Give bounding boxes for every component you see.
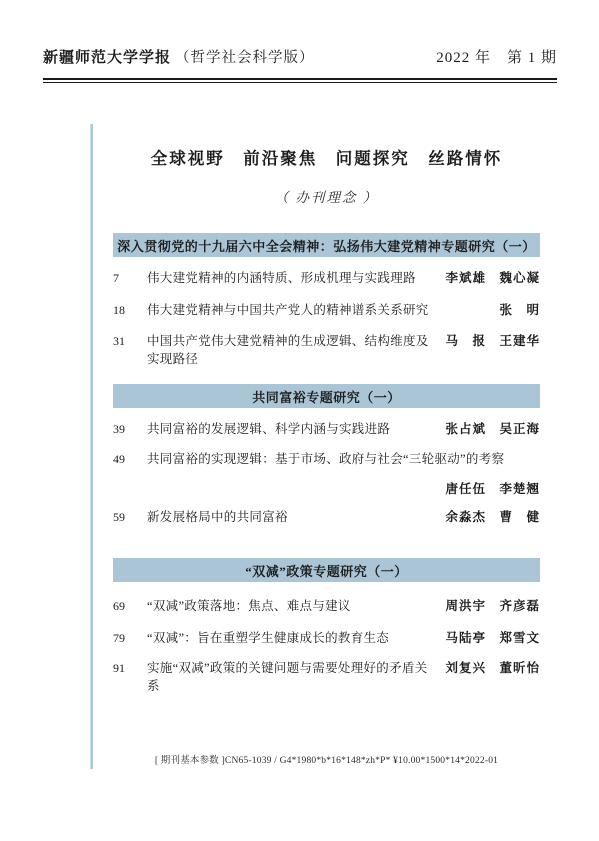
article-title: 实施“双减”政策的关键问题与需要处理好的矛盾关系 bbox=[147, 658, 437, 694]
article-authors: 张占斌 吴正海 bbox=[445, 419, 540, 437]
article-title: 共同富裕的实现逻辑：基于市场、政府与社会“三轮驱动”的考察 bbox=[147, 449, 540, 467]
toc-row: 59 新发展格局中的共同富裕 余淼杰 曹 健 bbox=[113, 507, 540, 525]
article-authors: 周洪宇 齐彦磊 bbox=[445, 596, 540, 614]
journal-edition: （哲学社会科学版） bbox=[175, 50, 315, 66]
article-authors: 唐任伍 李楚翘 bbox=[445, 479, 540, 497]
toc-row-authors-continuation: 唐任伍 李楚翘 bbox=[113, 479, 540, 497]
article-title: 伟大建党精神的内涵特质、形成机理与实践理路 bbox=[147, 268, 437, 286]
page-number: 7 bbox=[113, 271, 147, 286]
journal-title: 新疆师范大学学报 （哲学社会科学版） bbox=[43, 46, 315, 67]
journal-basic-parameters: [ 期刊基本参数 ]CN65-1039 / G4*1980*b*16*148*z… bbox=[113, 752, 540, 766]
page-number: 49 bbox=[113, 452, 147, 467]
page-number: 91 bbox=[113, 661, 147, 676]
section-header-2: 共同富裕专题研究（一） bbox=[113, 384, 540, 408]
article-authors: 马陆亭 郑雪文 bbox=[445, 628, 540, 646]
page-number: 59 bbox=[113, 510, 147, 525]
article-authors: 张 明 bbox=[499, 300, 540, 318]
toc-row: 31 中国共产党伟大建党精神的生成逻辑、结构维度及实现路径 马 报 王建华 bbox=[113, 331, 540, 367]
article-authors: 李斌雄 魏心凝 bbox=[445, 268, 540, 286]
issue-info: 2022 年 第 1 期 bbox=[436, 46, 557, 67]
journal-toc-page: 新疆师范大学学报 （哲学社会科学版） 2022 年 第 1 期 全球视野 前沿聚… bbox=[0, 0, 599, 841]
section-header-3: “双减”政策专题研究（一） bbox=[113, 558, 540, 582]
article-authors: 刘复兴 董昕怡 bbox=[445, 658, 540, 676]
section-header-1: 深入贯彻党的十九届六中全会精神：弘扬伟大建党精神专题研究（一） bbox=[113, 233, 540, 257]
page-number: 69 bbox=[113, 599, 147, 614]
toc-row: 69 “双减”政策落地：焦点、难点与建议 周洪宇 齐彦磊 bbox=[113, 596, 540, 614]
toc-row: 91 实施“双减”政策的关键问题与需要处理好的矛盾关系 刘复兴 董昕怡 bbox=[113, 658, 540, 694]
page-number: 31 bbox=[113, 334, 147, 349]
toc-row: 18 伟大建党精神与中国共产党人的精神谱系关系研究 张 明 bbox=[113, 300, 540, 318]
page-number: 79 bbox=[113, 631, 147, 646]
header-double-rule bbox=[43, 78, 557, 83]
journal-name: 新疆师范大学学报 bbox=[43, 49, 171, 66]
article-title: “双减”政策落地：焦点、难点与建议 bbox=[147, 596, 437, 614]
running-head: 新疆师范大学学报 （哲学社会科学版） 2022 年 第 1 期 bbox=[43, 46, 557, 67]
toc-row: 79 “双减”：旨在重塑学生健康成长的教育生态 马陆亭 郑雪文 bbox=[113, 628, 540, 646]
article-authors: 马 报 王建华 bbox=[445, 331, 540, 349]
article-title: “双减”：旨在重塑学生健康成长的教育生态 bbox=[147, 628, 437, 646]
article-title: 新发展格局中的共同富裕 bbox=[147, 507, 437, 525]
article-title: 伟大建党精神与中国共产党人的精神谱系关系研究 bbox=[147, 300, 491, 318]
motto-caption: （ 办刊理念 ） bbox=[113, 186, 540, 206]
journal-motto: 全球视野 前沿聚焦 问题探究 丝路情怀 bbox=[113, 145, 540, 169]
article-title: 共同富裕的发展逻辑、科学内涵与实践进路 bbox=[147, 419, 437, 437]
page-number: 39 bbox=[113, 422, 147, 437]
toc-row: 49 共同富裕的实现逻辑：基于市场、政府与社会“三轮驱动”的考察 bbox=[113, 449, 540, 467]
page-number: 18 bbox=[113, 303, 147, 318]
left-accent-line bbox=[90, 124, 93, 769]
toc-row: 7 伟大建党精神的内涵特质、形成机理与实践理路 李斌雄 魏心凝 bbox=[113, 268, 540, 286]
article-title: 中国共产党伟大建党精神的生成逻辑、结构维度及实现路径 bbox=[147, 331, 437, 367]
article-authors: 余淼杰 曹 健 bbox=[445, 507, 540, 525]
toc-row: 39 共同富裕的发展逻辑、科学内涵与实践进路 张占斌 吴正海 bbox=[113, 419, 540, 437]
